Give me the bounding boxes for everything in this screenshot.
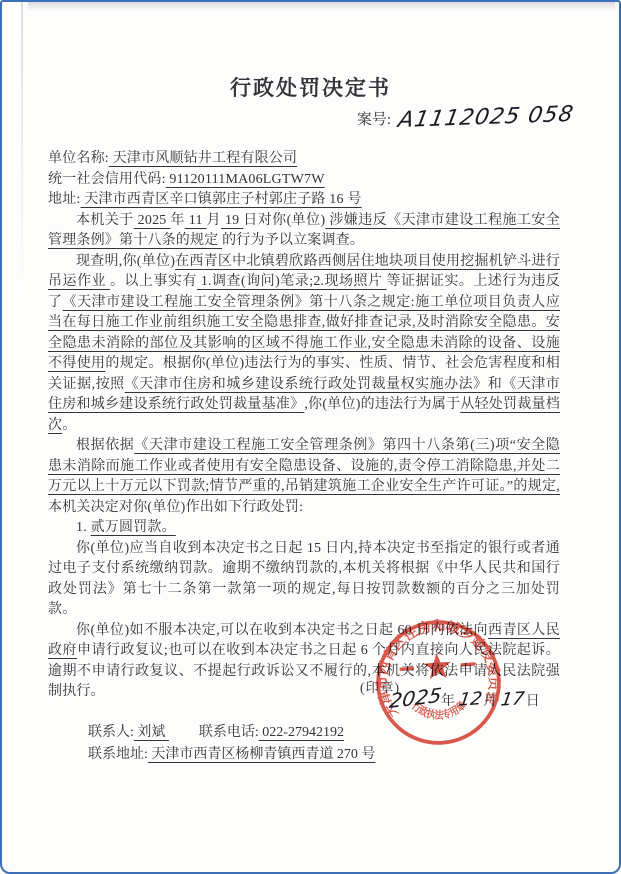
scan-smudge <box>28 2 615 11</box>
contact-address-label: 联系地址: <box>88 747 148 762</box>
case-number-label: 案号: <box>357 112 391 128</box>
field-unit-name-value: 天津市风顺钻井工程有限公司 <box>109 151 297 166</box>
contact-value: 刘斌 <box>134 725 169 740</box>
issue-date-month-label: 月 <box>483 694 497 709</box>
paragraph-legal-basis: 根据依据《天津市建设工程施工安全管理条例》第四十八条第(三)项“安全隐患未消除而… <box>48 436 560 518</box>
field-credit-code: 统一社会信用代码: 91120111MA06LGTW7W <box>48 170 560 191</box>
contact-address-value: 天津市西青区杨柳青镇西青道 270 号 <box>148 747 376 762</box>
seal-star-icon <box>423 652 452 680</box>
field-unit-name-label: 单位名称: <box>48 151 109 166</box>
contact-label: 联系人: <box>88 725 134 740</box>
seal-right-dash <box>461 662 476 666</box>
case-number-handwritten: A1112025 058 <box>396 102 576 133</box>
issue-date: 2025年12月17日 <box>390 686 543 710</box>
issue-date-day-label: 日 <box>526 694 540 709</box>
document-title: 行政处罚决定书 <box>2 72 619 102</box>
issue-date-day-handwritten: 17 <box>499 688 525 710</box>
contact-block: 联系人: 刘斌 联系电话: 022-27942192 联系地址: 天津市西青区杨… <box>88 722 375 765</box>
contact-address-line: 联系地址: 天津市西青区杨柳青镇西青道 270 号 <box>88 744 375 766</box>
issue-date-month-handwritten: 12 <box>457 688 483 711</box>
paper-edge-shadow <box>21 2 23 292</box>
phone-label: 联系电话: <box>199 725 259 740</box>
document-page: 行政处罚决定书 案号:A1112025 058 单位名称: 天津市风顺钻井工程有… <box>0 0 621 874</box>
contact-line: 联系人: 刘斌 联系电话: 022-27942192 <box>88 722 375 744</box>
issue-date-year-label: 年 <box>441 694 455 709</box>
field-address-label: 地址: <box>48 192 81 207</box>
seal-left-dash <box>399 667 414 671</box>
paragraph-payment: 你(单位)应当自收到本决定书之日起 15 日内,持本决定书至指定的银行或者通过电… <box>48 539 560 621</box>
field-credit-code-label: 统一社会信用代码: <box>48 172 166 187</box>
field-unit-name: 单位名称: 天津市风顺钻井工程有限公司 <box>48 149 560 170</box>
field-credit-code-value: 91120111MA06LGTW7W <box>166 172 325 187</box>
case-number-row: 案号:A1112025 058 <box>2 105 619 141</box>
paragraph-findings: 现查明,你(单位)在西青区中北镇碧欣路西侧居住地块项目使用挖掘机铲斗进行吊运作业… <box>48 252 560 437</box>
paragraph-filing: 本机关于 2025 年 11 月 19 日对你(单位) 涉嫌违反《天津市建设工程… <box>48 211 560 252</box>
penalty-item: 1. 贰万圆罚款。 <box>48 518 560 539</box>
field-address: 地址: 天津市西青区辛口镇郭庄子村郭庄子路 16 号 <box>48 190 560 211</box>
field-address-value: 天津市西青区辛口镇郭庄子村郭庄子路 16 号 <box>81 192 362 207</box>
phone-value: 022-27942192 <box>259 725 344 740</box>
issue-date-year-handwritten: 2025 <box>388 683 443 713</box>
